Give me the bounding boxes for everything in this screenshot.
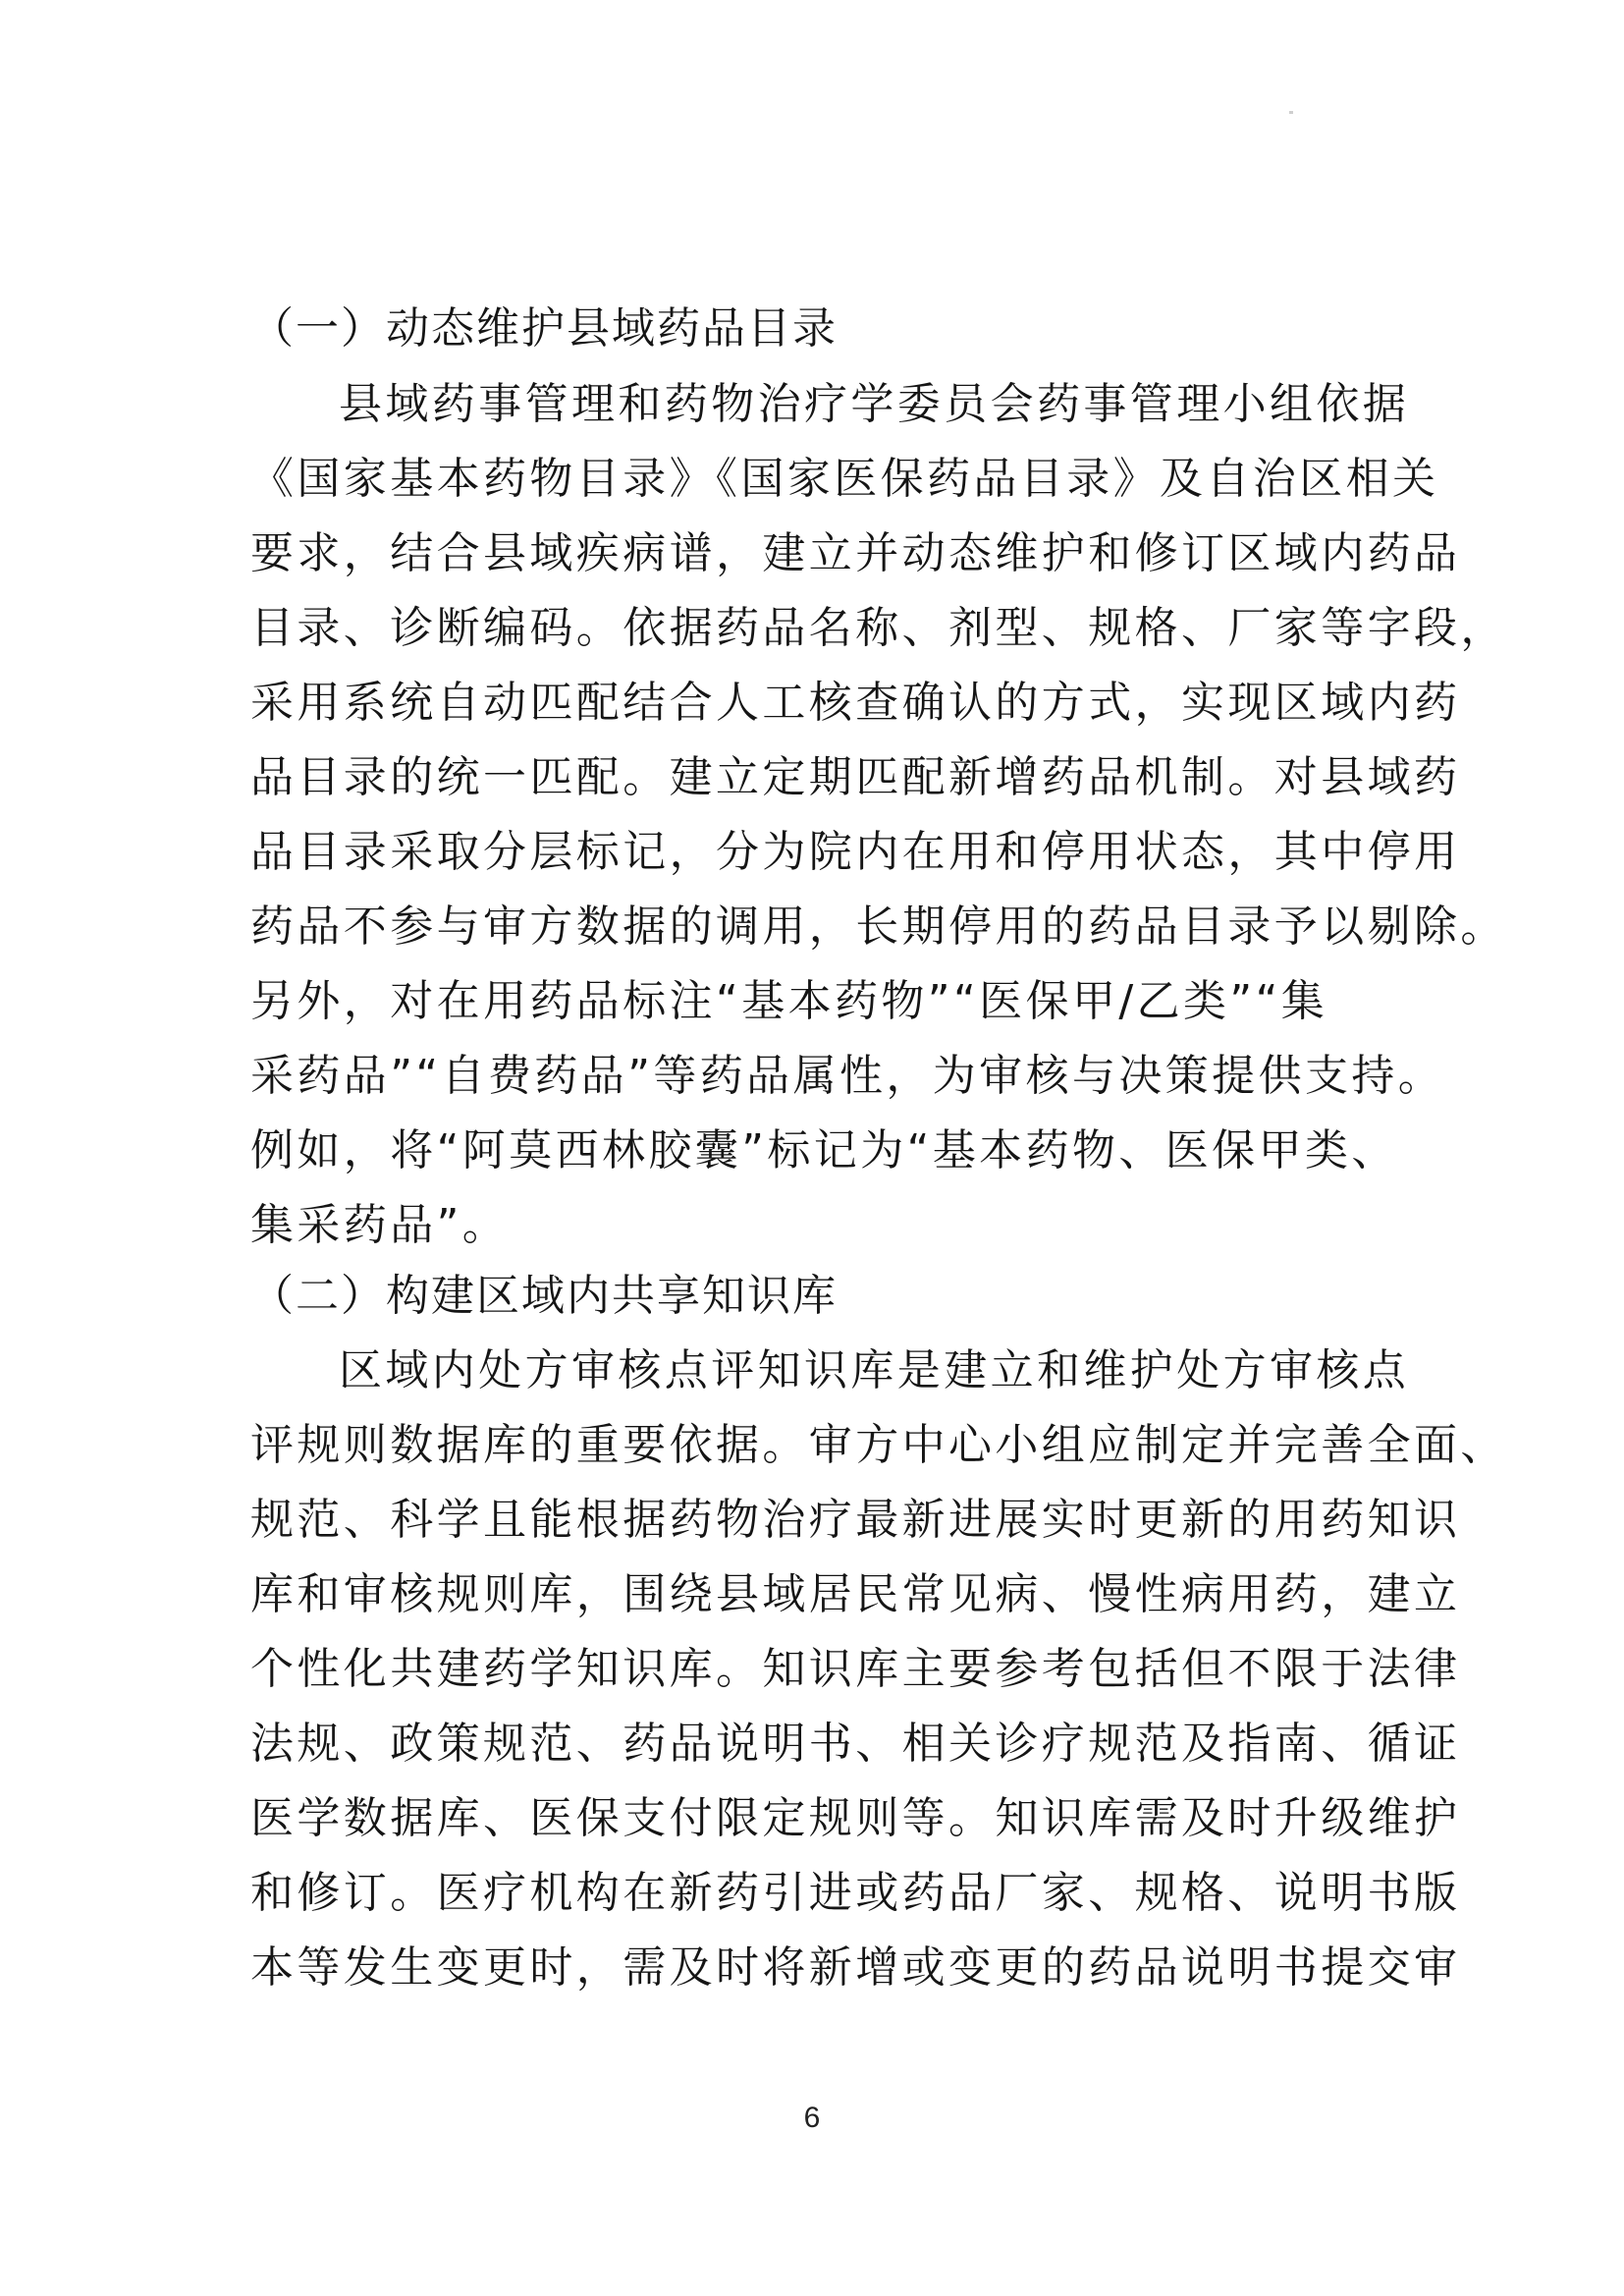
paragraph-line: 药品不参与审方数据的调用，长期停用的药品目录予以剔除。 [250,898,1389,957]
paragraph-line: 另外，对在用药品标注“基本药物”“医保甲/乙类”“集 [250,972,1389,1031]
section-heading-2: （二）构建区域内共享知识库 [250,1267,1389,1326]
paragraph-line: 品目录的统一匹配。建立定期匹配新增药品机制。对县域药 [250,748,1389,807]
paragraph-line: 规范、科学且能根据药物治疗最新进展实时更新的用药知识 [250,1491,1389,1550]
paragraph-line: 采用系统自动匹配结合人工核查确认的方式，实现区域内药 [250,674,1389,733]
paragraph-line: 库和审核规则库，围绕县域居民常见病、慢性病用药，建立 [250,1565,1389,1624]
paragraph-line: 县域药事管理和药物治疗学委员会药事管理小组依据 [339,375,1389,434]
page-number: 6 [0,2102,1624,2135]
scan-speck [1289,111,1293,114]
paragraph-line: 法规、政策规范、药品说明书、相关诊疗规范及指南、循证 [250,1715,1389,1774]
paragraph-line: 要求，结合县域疾病谱，建立并动态维护和修订区域内药品 [250,524,1389,583]
paragraph-line: 和修订。医疗机构在新药引进或药品厂家、规格、说明书版 [250,1864,1389,1923]
paragraph-line: 个性化共建药学知识库。知识库主要参考包括但不限于法律 [250,1640,1389,1699]
paragraph-line: 采药品”“自费药品”等药品属性，为审核与决策提供支持。 [250,1047,1389,1106]
paragraph-line: 目录、诊断编码。依据药品名称、剂型、规格、厂家等字段， [250,599,1389,658]
paragraph-line: 本等发生变更时，需及时将新增或变更的药品说明书提交审 [250,1939,1389,1997]
paragraph-line: 集采药品”。 [250,1196,1389,1255]
paragraph-line: 医学数据库、医保支付限定规则等。知识库需及时升级维护 [250,1789,1389,1848]
paragraph-line: 区域内处方审核点评知识库是建立和维护处方审核点 [339,1341,1389,1400]
paragraph-line: 《国家基本药物目录》《国家医保药品目录》及自治区相关 [250,450,1389,509]
paragraph-line: 品目录采取分层标记，分为院内在用和停用状态，其中停用 [250,823,1389,882]
document-page: （一）动态维护县域药品目录 县域药事管理和药物治疗学委员会药事管理小组依据 《国… [0,0,1624,2296]
paragraph-line: 评规则数据库的重要依据。审方中心小组应制定并完善全面、 [250,1416,1389,1475]
paragraph-line: 例如，将“阿莫西林胶囊”标记为“基本药物、医保甲类、 [250,1121,1389,1180]
section-heading-1: （一）动态维护县域药品目录 [250,300,1389,358]
